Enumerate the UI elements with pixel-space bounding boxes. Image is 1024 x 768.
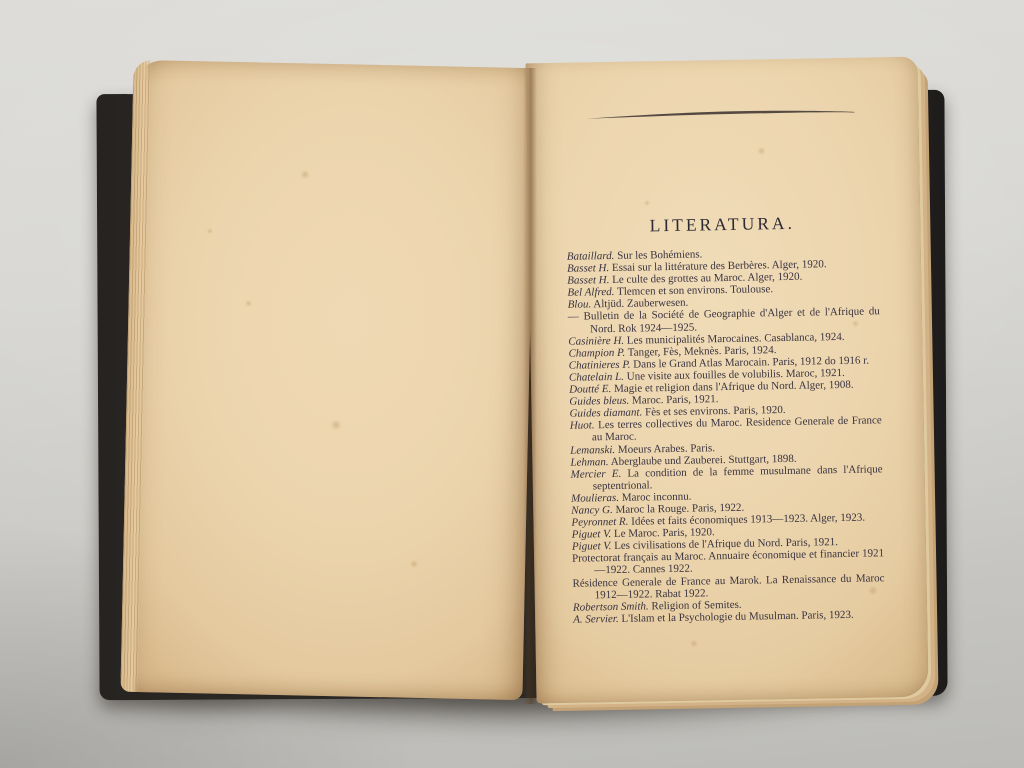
entry-author: Bel Alfred. (567, 286, 614, 299)
entry-author: Piguet V. (572, 540, 612, 553)
entry-author: Champion P. (568, 347, 625, 360)
entry-author: Casinière H. (568, 334, 624, 347)
entry-author: Guides bleus. (569, 395, 629, 408)
entry-author: A. Servier. (573, 613, 619, 626)
entry-author: Chatelain L. (569, 371, 624, 384)
left-page (120, 60, 535, 700)
entry-author: Blou. (568, 299, 592, 311)
divider-rule (584, 108, 856, 121)
entry-author: Mercier E. (571, 468, 622, 481)
entry-author: Basset H. (567, 274, 609, 287)
entry-author: Lehman. (570, 456, 608, 469)
right-page-content: LITERATURA. Bataillard. Sur les Bohémien… (525, 57, 928, 704)
entry-author: Huot. (570, 420, 595, 432)
entry-author: Bataillard. (567, 250, 615, 263)
entry-author: Basset H. (567, 262, 609, 275)
entry-author: Lemanski. (570, 443, 615, 456)
entry-author: Chatinieres P. (569, 359, 631, 372)
entry-author: Doutté E. (569, 383, 611, 396)
right-page: LITERATURA. Bataillard. Sur les Bohémien… (525, 57, 928, 704)
photo-background: LITERATURA. Bataillard. Sur les Bohémien… (0, 0, 1024, 768)
entry-author: Peyronnet R. (571, 516, 628, 529)
book: LITERATURA. Bataillard. Sur les Bohémien… (95, 58, 957, 718)
entry-author: Piguet V. (572, 528, 612, 541)
bibliography-list: Bataillard. Sur les Bohémiens.Basset H. … (567, 245, 885, 625)
page-title: LITERATURA. (566, 211, 878, 237)
entry-author: Nancy G. (571, 504, 613, 517)
entry-author: Moulieras. (571, 492, 619, 505)
